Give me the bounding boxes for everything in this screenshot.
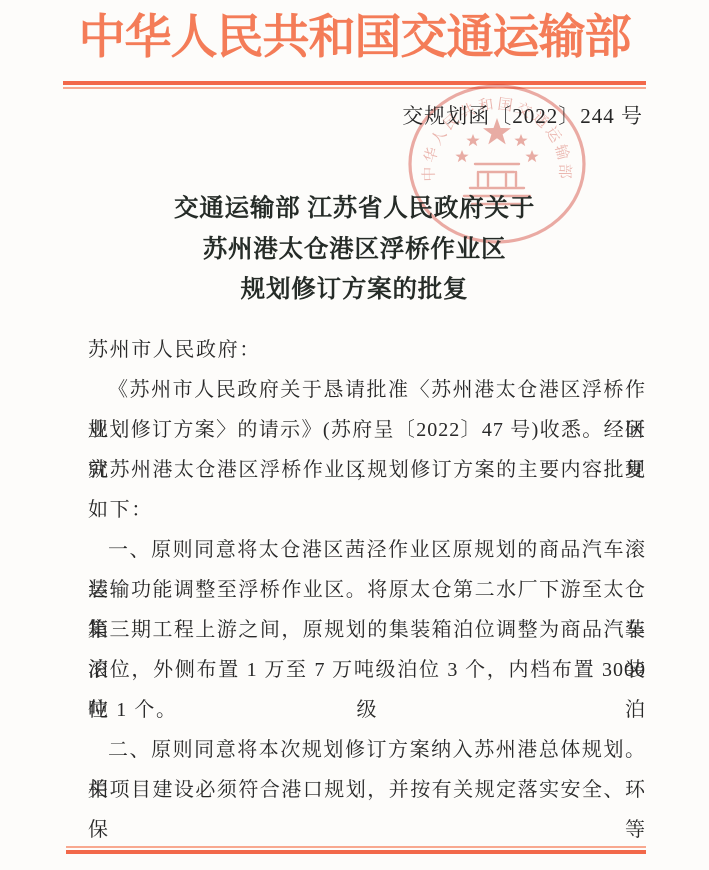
title-line-3: 规划修订方案的批复	[63, 270, 646, 311]
document-page: 中华人民共和国交通运输部 交规划函〔2022〕244 号 中华人民共和国交通运输…	[0, 0, 709, 870]
body-line-salutation: 苏州市人民政府：	[88, 330, 646, 370]
document-header-agency: 中华人民共和国交通运输部	[0, 13, 709, 65]
body-line: 规划修订方案〉的请示》(苏府呈〔2022〕47 号)收悉。经研究，现	[88, 410, 646, 450]
title-line-1: 交通运输部 江苏省人民政府关于	[63, 189, 646, 230]
document-body: 苏州市人民政府： 《苏州市人民政府关于恳请批准〈苏州港太仓港区浮桥作业区 规划修…	[88, 330, 646, 810]
body-line: 运输功能调整至浮桥作业区。将原太仓第二水厂下游至太仓集装	[88, 570, 646, 610]
body-line: 二、原则同意将本次规划修订方案纳入苏州港总体规划。相	[88, 730, 646, 770]
body-line: 关项目建设必须符合港口规划，并按有关规定落实安全、环保等	[88, 770, 646, 810]
title-line-2: 苏州港太仓港区浮桥作业区	[63, 230, 646, 271]
document-title: 交通运输部 江苏省人民政府关于 苏州港太仓港区浮桥作业区 规划修订方案的批复	[63, 189, 646, 311]
body-line: 箱三期工程上游之间，原规划的集装箱泊位调整为商品汽车滚装	[88, 610, 646, 650]
body-line: 一、原则同意将太仓港区茜泾作业区原规划的商品汽车滚装	[88, 530, 646, 570]
body-line: 如下：	[88, 490, 646, 530]
body-line: 就苏州港太仓港区浮桥作业区规划修订方案的主要内容批复	[88, 450, 646, 490]
document-number: 交规划函〔2022〕244 号	[402, 102, 643, 130]
body-line: 泊位，外侧布置 1 万至 7 万吨级泊位 3 个，内档布置 3000 吨级泊	[88, 650, 646, 690]
body-line: 《苏州市人民政府关于恳请批准〈苏州港太仓港区浮桥作业区	[88, 370, 646, 410]
